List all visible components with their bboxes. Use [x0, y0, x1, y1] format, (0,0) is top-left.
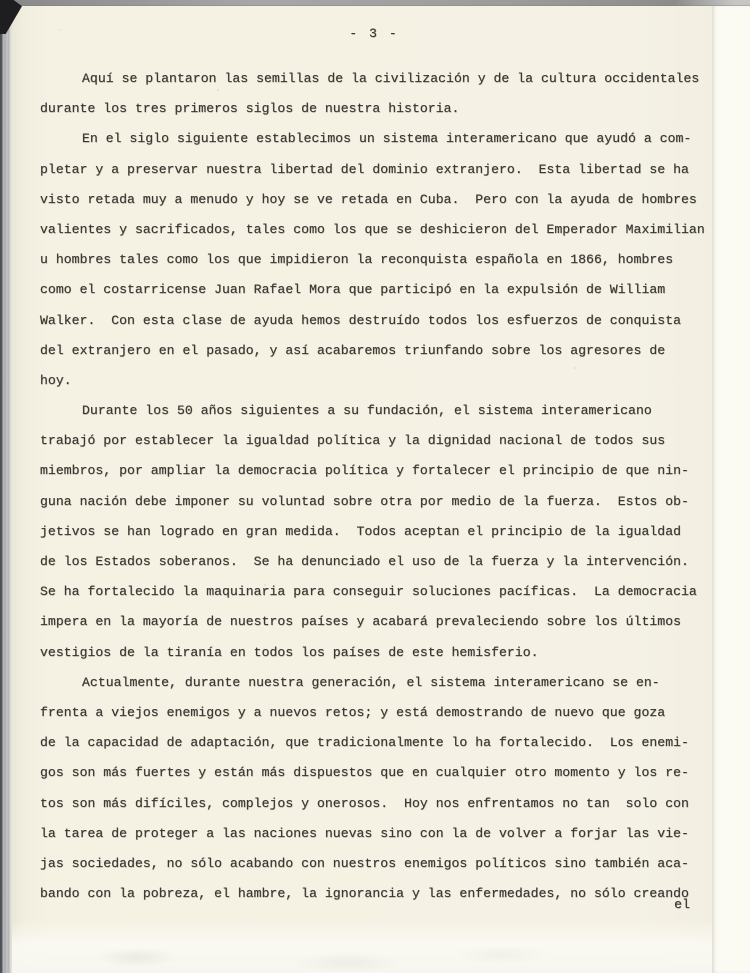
text-line: de la capacidad de adaptación, que tradi… [40, 728, 712, 758]
paragraph: Actualmente, durante nuestra generación,… [40, 668, 712, 910]
text-line: Walker. Con esta clase de ayuda hemos de… [40, 306, 712, 336]
text-line: Durante los 50 años siguientes a su fund… [40, 396, 712, 426]
text-line: tos son más difíciles, complejos y onero… [40, 789, 712, 819]
text-line: impera en la mayoría de nuestros países … [40, 607, 712, 637]
paragraph: Durante los 50 años siguientes a su fund… [40, 396, 712, 668]
text-line: como el costarricense Juan Rafael Mora q… [40, 275, 712, 305]
text-line: Actualmente, durante nuestra generación,… [40, 668, 712, 698]
scanner-right-margin [712, 5, 750, 973]
text-line: vestigios de la tiranía en todos los paí… [40, 638, 712, 668]
text-line: visto retada muy a menudo y hoy se ve re… [40, 185, 712, 215]
text-line: frenta a viejos enemigos y a nuevos reto… [40, 698, 712, 728]
text-line: miembros, por ampliar la democracia polí… [40, 456, 712, 486]
paragraph: Aquí se plantaron las semillas de la civ… [40, 64, 712, 124]
text-line: jetivos se han logrado en gran medida. T… [40, 517, 712, 547]
scan-top-edge [0, 0, 750, 6]
scanned-document-page: - 3 - Aquí se plantaron las semillas de … [0, 0, 750, 973]
text-line: del extranjero en el pasado, y así acaba… [40, 336, 712, 366]
page-number: - 3 - [40, 26, 708, 41]
text-line: la tarea de proteger a las naciones nuev… [40, 819, 712, 849]
text-line: guna nación debe imponer su voluntad sob… [40, 487, 712, 517]
text-line: durante los tres primeros siglos de nues… [40, 94, 712, 124]
text-line: trabajó por establecer la igualdad polít… [40, 426, 712, 456]
text-line: Se ha fortalecido la maquinaria para con… [40, 577, 712, 607]
scan-left-edge [0, 0, 12, 973]
document-body: Aquí se plantaron las semillas de la civ… [40, 64, 712, 913]
text-line: En el siglo siguiente establecimos un si… [40, 124, 712, 154]
text-line: bando con la pobreza, el hambre, la igno… [40, 879, 712, 909]
text-line: gos son más fuertes y están más dispuest… [40, 758, 712, 788]
text-line: valientes y sacrificados, tales como los… [40, 215, 712, 245]
page-bottom-fade [11, 921, 712, 973]
text-line: Aquí se plantaron las semillas de la civ… [40, 64, 712, 94]
text-line: jas sociedades, no sólo acabando con nue… [40, 849, 712, 879]
paragraph: En el siglo siguiente establecimos un si… [40, 124, 712, 396]
text-line: pletar y a preservar nuestra libertad de… [40, 155, 712, 185]
text-line: u hombres tales como los que impidieron … [40, 245, 712, 275]
text-line: hoy. [40, 366, 712, 396]
text-line: de los Estados soberanos. Se ha denuncia… [40, 547, 712, 577]
